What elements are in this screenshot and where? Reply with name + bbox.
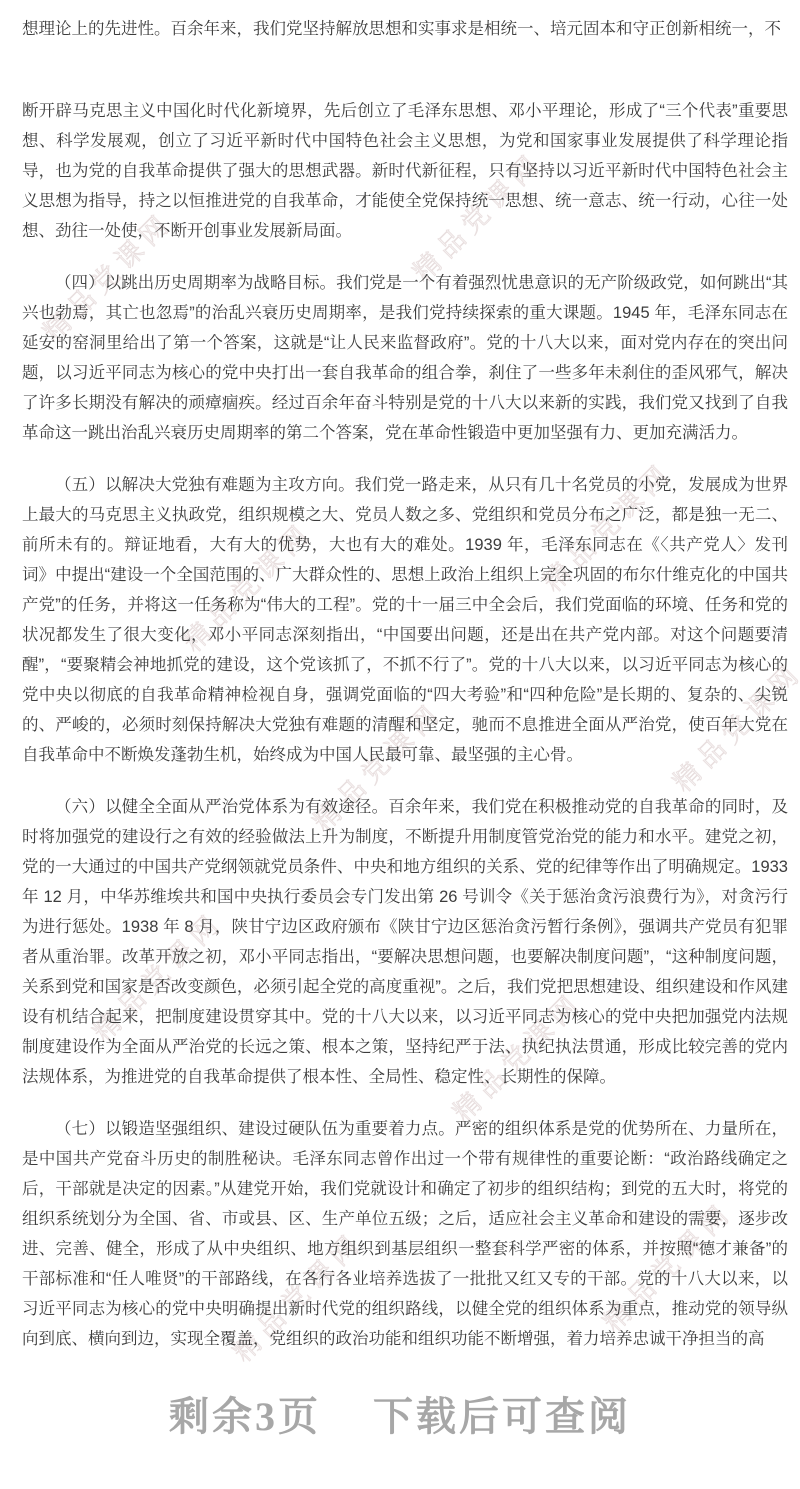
preview-footer: 剩余3页下载后可查阅 [0, 1385, 800, 1442]
paragraph-4-historical-cycle: （四）以跳出历史周期率为战略目标。我们党是一个有着强烈忧患意识的无产阶级政党，如… [22, 268, 788, 448]
document-body-text: 想理论上的先进性。百余年来，我们党坚持解放思想和实事求是相统一、培元固本和守正创… [0, 0, 800, 1354]
download-to-view-label: 下载后可查阅 [373, 1394, 631, 1439]
paragraph-continuation-theory-innovation: 断开辟马克思主义中国化时代化新境界，先后创立了毛泽东思想、邓小平理论，形成了“三… [22, 96, 788, 246]
paragraph-7-strong-organization: （七）以锻造坚强组织、建设过硬队伍为重要着力点。严密的组织体系是党的优势所在、力… [22, 1114, 788, 1354]
paragraph-6-party-governance-system: （六）以健全全面从严治党体系为有效途径。百余年来，我们党在积极推动党的自我革命的… [22, 792, 788, 1092]
paragraph-5-big-party-problems: （五）以解决大党独有难题为主攻方向。我们党一路走来，从只有几十名党员的小党，发展… [22, 470, 788, 770]
remaining-pages-label: 剩余3页 [169, 1394, 321, 1439]
leading-continuation-line: 想理论上的先进性。百余年来，我们党坚持解放思想和实事求是相统一、培元固本和守正创… [22, 14, 788, 44]
document-preview-page: 精品党课网 精品党课网 精品党课网 精品党课网 精品党课网 精品党课网 精品党课… [0, 0, 800, 1489]
